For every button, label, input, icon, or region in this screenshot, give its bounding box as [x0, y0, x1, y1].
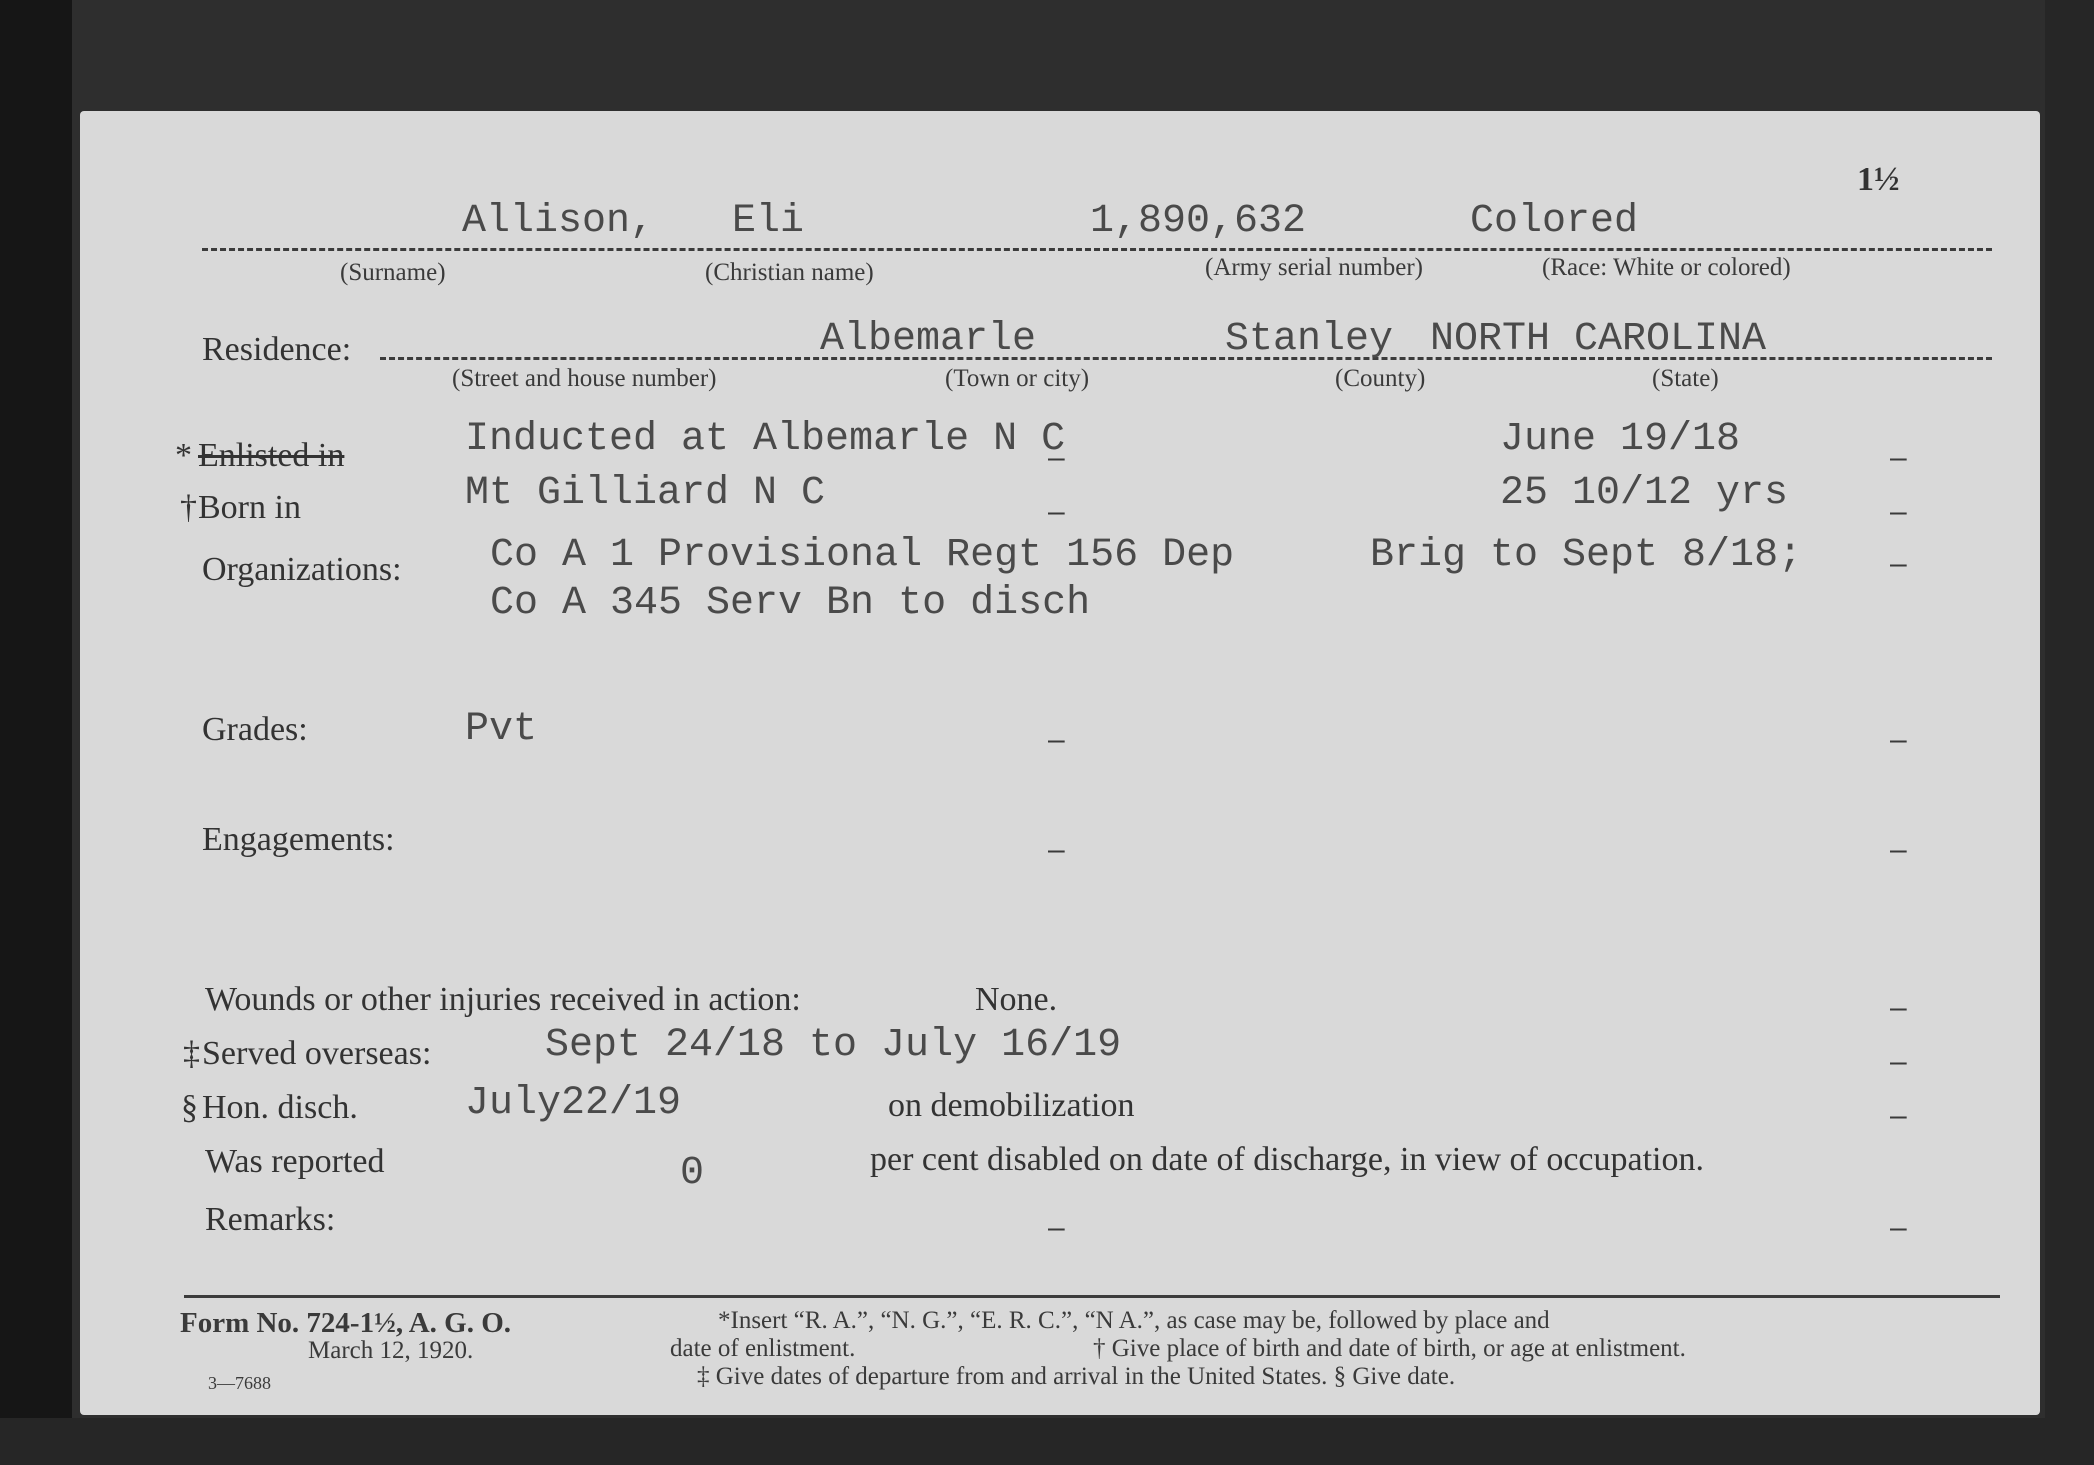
footer-rule: [184, 1295, 2000, 1298]
overseas-marker: ‡: [183, 1035, 200, 1073]
serial-number-caption: (Army serial number): [1205, 254, 1423, 282]
born-age: 25 10/12 yrs: [1500, 471, 1788, 516]
overseas-value: Sept 24/18 to July 16/19: [545, 1023, 1121, 1068]
engagements-label: Engagements:: [202, 821, 395, 859]
wounds-mark-right: –: [1890, 991, 1907, 1025]
service-record-card: 1½ Allison, Eli 1,890,632 Colored (Surna…: [80, 111, 2040, 1415]
born-marker: †: [180, 489, 197, 527]
discharge-date: July22/19: [465, 1081, 681, 1126]
county-caption: (County): [1335, 365, 1425, 393]
overseas-label: Served overseas:: [202, 1035, 431, 1073]
grades-mark-right: –: [1890, 723, 1907, 757]
born-mark-right: –: [1890, 495, 1907, 529]
footnote-insert: *Insert “R. A.”, “N. G.”, “E. R. C.”, “N…: [718, 1307, 1550, 1335]
street-caption: (Street and house number): [452, 365, 717, 393]
footnote-overseas: ‡ Give dates of departure from and arriv…: [697, 1363, 1455, 1391]
organizations-mark-right: –: [1890, 547, 1907, 581]
discharge-reason: on demobilization: [888, 1087, 1134, 1125]
race-value: Colored: [1470, 199, 1638, 244]
enlisted-label: Enlisted in: [198, 437, 344, 475]
remarks-mark-mid: –: [1048, 1211, 1065, 1245]
residence-county-value: Stanley: [1225, 317, 1393, 362]
remarks-mark-right: –: [1890, 1211, 1907, 1245]
scanner-background-bottom: [0, 1418, 2094, 1465]
print-code: 3—7688: [208, 1373, 271, 1394]
born-mark-mid: –: [1048, 495, 1065, 529]
wounds-label: Wounds or other injuries received in act…: [205, 981, 801, 1019]
form-number: Form No. 724-1½, A. G. O.: [180, 1307, 511, 1340]
residence-state-value: NORTH CAROLINA: [1430, 317, 1766, 362]
christian-name-value: Eli: [732, 199, 804, 244]
reported-value: 0: [680, 1151, 704, 1196]
footnote-insert-cont: date of enlistment.: [670, 1335, 855, 1363]
christian-name-caption: (Christian name): [705, 259, 874, 287]
surname-value: Allison,: [462, 199, 654, 244]
discharge-label: Hon. disch.: [202, 1089, 358, 1127]
surname-caption: (Surname): [340, 259, 446, 287]
discharge-mark-right: –: [1890, 1099, 1907, 1133]
enlisted-mark-mid: –: [1048, 441, 1065, 475]
scanner-background-left: [0, 0, 72, 1465]
engagements-mark-right: –: [1890, 833, 1907, 867]
organizations-line1-cont: Brig to Sept 8/18;: [1370, 533, 1802, 578]
enlisted-marker: *: [175, 437, 192, 475]
grades-value: Pvt: [465, 707, 537, 752]
enlisted-value: Inducted at Albemarle N C: [465, 417, 1065, 462]
engagements-mark-mid: –: [1048, 833, 1065, 867]
organizations-label: Organizations:: [202, 551, 402, 589]
residence-label: Residence:: [202, 331, 351, 369]
race-caption: (Race: White or colored): [1542, 254, 1791, 282]
discharge-marker: §: [181, 1089, 198, 1127]
enlisted-mark-right: –: [1890, 441, 1907, 475]
born-value: Mt Gilliard N C: [465, 471, 825, 516]
name-line: [202, 248, 1992, 251]
scanner-background-right: [2045, 0, 2094, 1465]
card-number: 1½: [1857, 161, 1900, 199]
enlisted-date: June 19/18: [1500, 417, 1740, 462]
wounds-value: None.: [975, 981, 1057, 1019]
state-caption: (State): [1652, 365, 1719, 393]
reported-text: per cent disabled on date of discharge, …: [870, 1141, 1704, 1179]
serial-number-value: 1,890,632: [1090, 199, 1306, 244]
remarks-label: Remarks:: [205, 1201, 335, 1239]
organizations-line2: Co A 345 Serv Bn to disch: [490, 581, 1090, 626]
grades-mark-mid: –: [1048, 723, 1065, 757]
form-date: March 12, 1920.: [308, 1337, 473, 1365]
overseas-mark-right: –: [1890, 1045, 1907, 1079]
residence-town-value: Albemarle: [820, 317, 1036, 362]
town-caption: (Town or city): [945, 365, 1089, 393]
born-label: Born in: [198, 489, 301, 527]
footnote-birth: † Give place of birth and date of birth,…: [1093, 1335, 1686, 1363]
reported-label: Was reported: [205, 1143, 384, 1181]
organizations-line1: Co A 1 Provisional Regt 156 Dep: [490, 533, 1234, 578]
grades-label: Grades:: [202, 711, 308, 749]
